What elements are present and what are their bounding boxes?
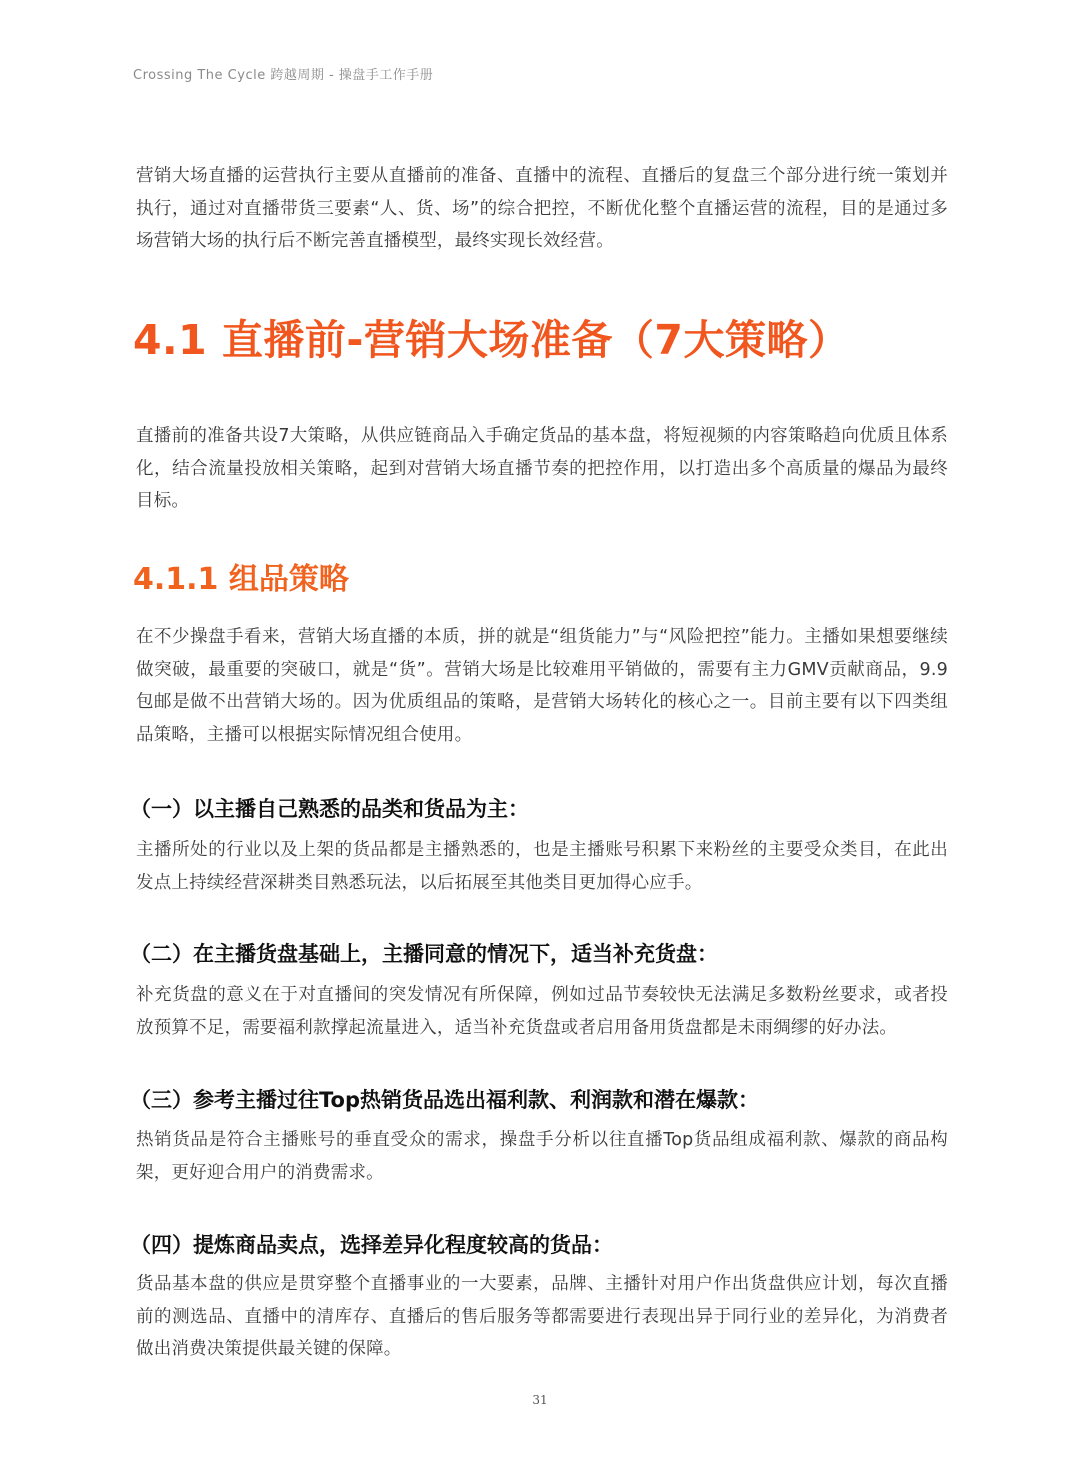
running-header: Crossing The Cycle 跨越周期 - 操盘手工作手册: [133, 64, 433, 83]
strategy-1-title: （一）以主播自己熟悉的品类和货品为主：: [130, 792, 529, 826]
section-title-4-1: 4.1 直播前-营销大场准备（7大策略）: [133, 308, 849, 372]
strategy-2-text: 补充货盘的意义在于对直播间的突发情况有所保障，例如过品节奏较快无法满足多数粉丝要…: [136, 979, 948, 1044]
strategy-3-title: （三）参考主播过往Top热销货品选出福利款、利润款和潜在爆款：: [130, 1083, 759, 1117]
strategy-3-text: 热销货品是符合主播账号的垂直受众的需求，操盘手分析以往直播Top货品组成福利款、…: [136, 1124, 948, 1189]
section-4-1-paragraph: 直播前的准备共设7大策略，从供应链商品入手确定货品的基本盘，将短视频的内容策略趋…: [136, 420, 948, 518]
strategy-2-title: （二）在主播货盘基础上，主播同意的情况下，适当补充货盘：: [130, 937, 718, 971]
section-4-1-1-paragraph: 在不少操盘手看来，营销大场直播的本质，拼的就是“组货能力”与“风险把控”能力。主…: [136, 621, 948, 751]
strategy-1-text: 主播所处的行业以及上架的货品都是主播熟悉的，也是主播账号积累下来粉丝的主要受众类…: [136, 834, 948, 899]
page-number: 31: [0, 1393, 1080, 1407]
section-title-4-1-1: 4.1.1 组品策略: [133, 558, 349, 602]
strategy-4-text: 货品基本盘的供应是贯穿整个直播事业的一大要素，品牌、主播针对用户作出货盘供应计划…: [136, 1268, 948, 1366]
intro-paragraph: 营销大场直播的运营执行主要从直播前的准备、直播中的流程、直播后的复盘三个部分进行…: [136, 160, 948, 258]
strategy-4-title: （四）提炼商品卖点，选择差异化程度较高的货品：: [130, 1228, 613, 1262]
